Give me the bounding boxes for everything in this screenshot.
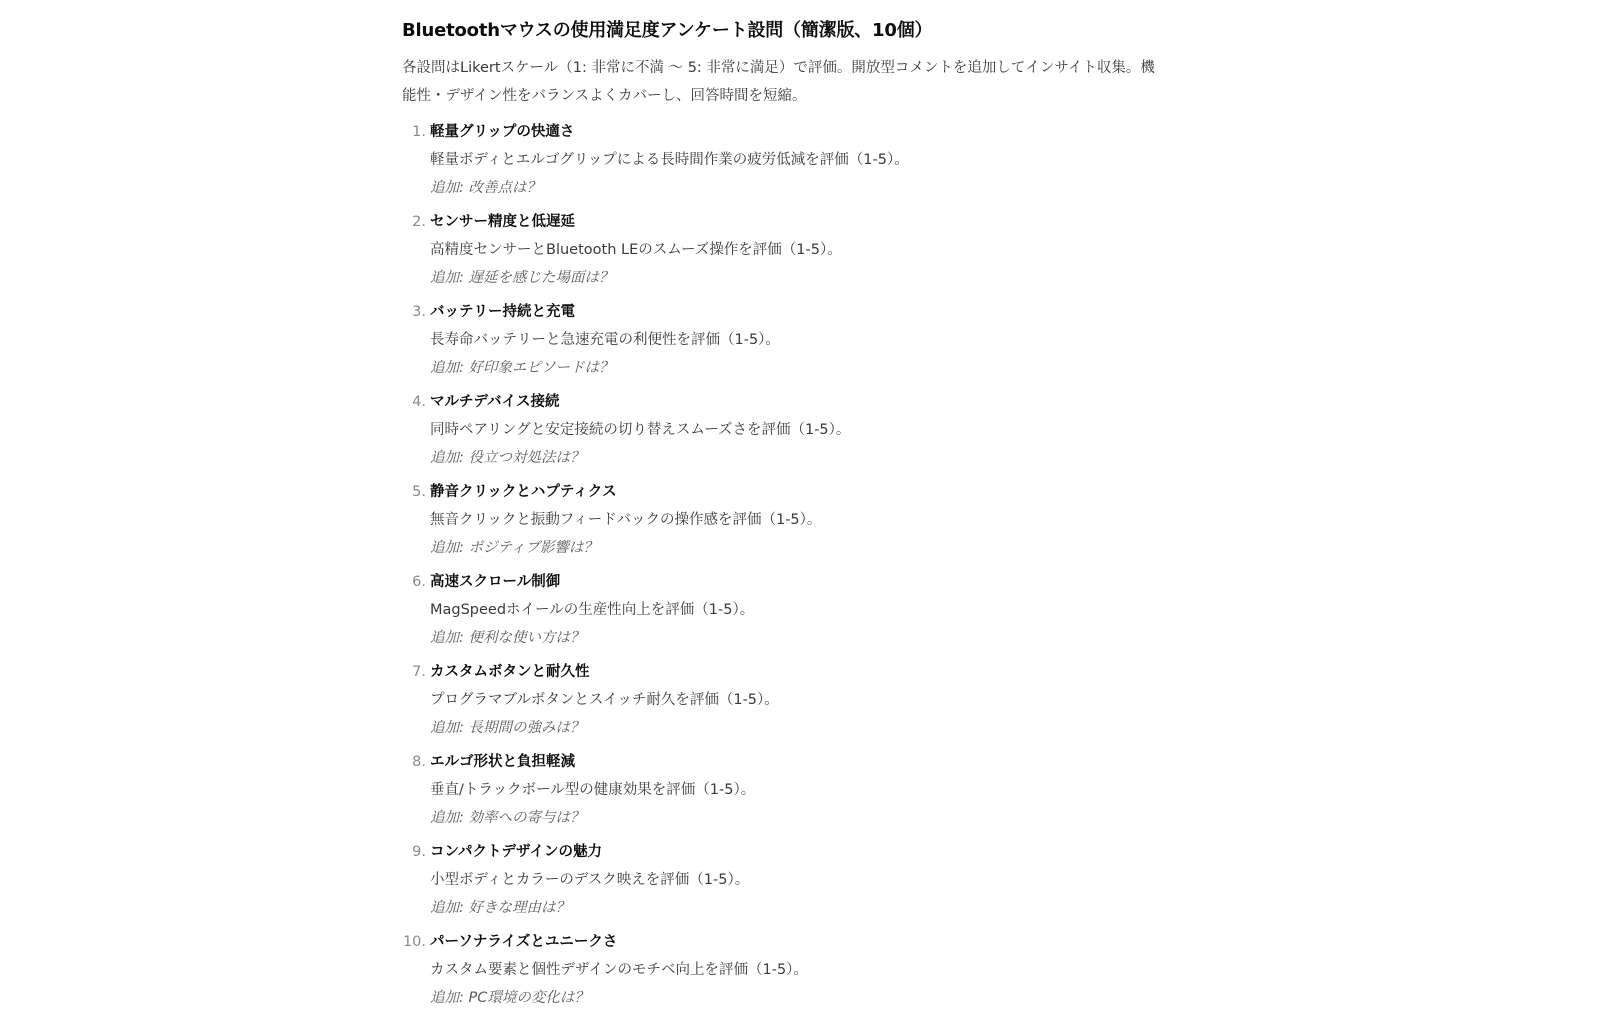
list-number: 10. <box>403 928 426 956</box>
question-title: 静音クリックとハプティクス <box>430 478 1162 506</box>
list-number: 4. <box>412 388 426 416</box>
question-description: MagSpeedホイールの生産性向上を評価（1-5）。 <box>430 596 1162 624</box>
list-number: 9. <box>412 838 426 866</box>
question-description: 小型ボディとカラーのデスク映えを評価（1-5）。 <box>430 866 1162 894</box>
question-followup: 追加: 好印象エピソードは？ <box>430 354 1162 382</box>
question-title: マルチデバイス接続 <box>430 388 1162 416</box>
question-followup: 追加: 効率への寄与は？ <box>430 804 1162 832</box>
question-followup: 追加: 遅延を感じた場面は？ <box>430 264 1162 292</box>
question-description: 高精度センサーとBluetooth LEのスムーズ操作を評価（1-5）。 <box>430 236 1162 264</box>
document-title: Bluetoothマウスの使用満足度アンケート設問（簡潔版、10個） <box>402 14 1162 48</box>
question-title: 高速スクロール制御 <box>430 568 1162 596</box>
list-number: 3. <box>412 298 426 326</box>
question-description: 長寿命バッテリーと急速充電の利便性を評価（1-5）。 <box>430 326 1162 354</box>
question-item-2: 2. センサー精度と低遅延 高精度センサーとBluetooth LEのスムーズ操… <box>402 208 1162 292</box>
question-title: 軽量グリップの快適さ <box>430 118 1162 146</box>
question-item-4: 4. マルチデバイス接続 同時ペアリングと安定接続の切り替えスムーズさを評価（1… <box>402 388 1162 472</box>
question-description: 軽量ボディとエルゴグリップによる長時間作業の疲労低減を評価（1-5）。 <box>430 146 1162 174</box>
question-title: エルゴ形状と負担軽減 <box>430 748 1162 776</box>
question-followup: 追加: 便利な使い方は？ <box>430 624 1162 652</box>
list-number: 5. <box>412 478 426 506</box>
question-item-10: 10. パーソナライズとユニークさ カスタム要素と個性デザインのモチベ向上を評価… <box>402 928 1162 1012</box>
question-followup: 追加: 長期間の強みは？ <box>430 714 1162 742</box>
question-title: カスタムボタンと耐久性 <box>430 658 1162 686</box>
question-followup: 追加: 役立つ対処法は？ <box>430 444 1162 472</box>
list-number: 8. <box>412 748 426 776</box>
question-description: カスタム要素と個性デザインのモチベ向上を評価（1-5）。 <box>430 956 1162 984</box>
question-description: 無音クリックと振動フィードバックの操作感を評価（1-5）。 <box>430 506 1162 534</box>
question-followup: 追加: 好きな理由は？ <box>430 894 1162 922</box>
question-list: 1. 軽量グリップの快適さ 軽量ボディとエルゴグリップによる長時間作業の疲労低減… <box>402 118 1162 1012</box>
question-item-1: 1. 軽量グリップの快適さ 軽量ボディとエルゴグリップによる長時間作業の疲労低減… <box>402 118 1162 202</box>
list-number: 1. <box>412 118 426 146</box>
list-number: 6. <box>412 568 426 596</box>
question-title: パーソナライズとユニークさ <box>430 928 1162 956</box>
question-description: プログラマブルボタンとスイッチ耐久を評価（1-5）。 <box>430 686 1162 714</box>
question-title: バッテリー持続と充電 <box>430 298 1162 326</box>
question-item-7: 7. カスタムボタンと耐久性 プログラマブルボタンとスイッチ耐久を評価（1-5）… <box>402 658 1162 742</box>
question-followup: 追加: ポジティブ影響は？ <box>430 534 1162 562</box>
question-title: センサー精度と低遅延 <box>430 208 1162 236</box>
question-item-9: 9. コンパクトデザインの魅力 小型ボディとカラーのデスク映えを評価（1-5）。… <box>402 838 1162 922</box>
list-number: 2. <box>412 208 426 236</box>
question-item-6: 6. 高速スクロール制御 MagSpeedホイールの生産性向上を評価（1-5）。… <box>402 568 1162 652</box>
question-item-5: 5. 静音クリックとハプティクス 無音クリックと振動フィードバックの操作感を評価… <box>402 478 1162 562</box>
survey-document: Bluetoothマウスの使用満足度アンケート設問（簡潔版、10個） 各設問はL… <box>402 14 1162 1018</box>
question-item-3: 3. バッテリー持続と充電 長寿命バッテリーと急速充電の利便性を評価（1-5）。… <box>402 298 1162 382</box>
document-intro: 各設問はLikertスケール（1: 非常に不満 〜 5: 非常に満足）で評価。開… <box>402 54 1162 110</box>
question-title: コンパクトデザインの魅力 <box>430 838 1162 866</box>
question-item-8: 8. エルゴ形状と負担軽減 垂直/トラックボール型の健康効果を評価（1-5）。 … <box>402 748 1162 832</box>
question-followup: 追加: PC環境の変化は？ <box>430 984 1162 1012</box>
question-description: 同時ペアリングと安定接続の切り替えスムーズさを評価（1-5）。 <box>430 416 1162 444</box>
question-description: 垂直/トラックボール型の健康効果を評価（1-5）。 <box>430 776 1162 804</box>
list-number: 7. <box>412 658 426 686</box>
question-followup: 追加: 改善点は？ <box>430 174 1162 202</box>
